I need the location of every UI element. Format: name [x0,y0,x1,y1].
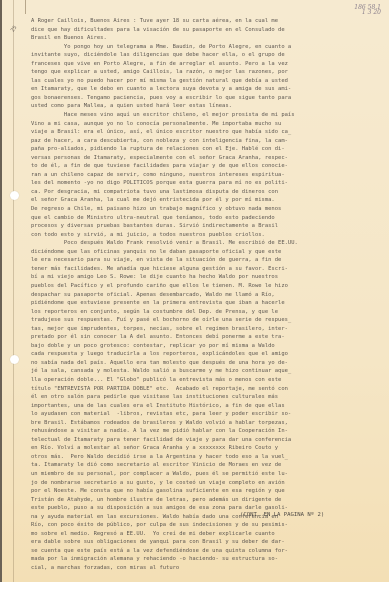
text-line: bajo doble y un poco grotesco: contestar… [31,342,383,351]
margin-rule [13,0,14,582]
text-line: las cuales yo no puedo hacer por mí mism… [31,77,383,86]
text-line: na y ayuda material en las excursiones. … [31,513,383,522]
text-line: cial, a marchas forzadas, con miras al f… [31,564,383,573]
text-line: paña pro-aliados, pidiendo la ruptura de… [31,145,383,154]
text-line: Río, con poco éxito de público, por culp… [31,521,383,530]
text-line: otros más. Pero Waldo decidió irse a la … [31,453,383,462]
text-line: bí a mi viejo amigo Leo S. Rowe: le dije… [31,273,383,282]
text-line: no sabía nada del país. Aquello era tan … [31,359,383,368]
text-line: telectual de Itamaraty para tener facili… [31,436,383,445]
text-line: franceses que vive en Porto Alegre, a fi… [31,60,383,69]
text-line: invitante suyo, diciéndole las diligenci… [31,51,383,60]
text-line: título "ENTREVISTA POR PARTIDA DOBLE" et… [31,385,383,394]
text-line: versas personas de Itamaraty, especialme… [31,154,383,163]
text-line: tengo que explicar a usted, amigo Caillo… [31,68,383,77]
punch-hole-bottom [10,355,19,364]
text-line: Brasil en Buenos Aires. [31,34,383,43]
text-line: dice que hay dificultades para la visaci… [31,26,383,35]
text-line: un miembro de su personal, por complacer… [31,470,383,479]
text-line: tener más facilidades. Me añadía que hic… [31,265,383,274]
text-line: ran a un chileno capaz de servir, como n… [31,171,383,180]
text-line: los reporteros en conjunto, según la cos… [31,308,383,317]
text-line: viaje a Brasil: era el único, así, el ún… [31,128,383,137]
text-line: importantes, una de las cuales era el In… [31,402,383,411]
text-line: ca. Por desgracia, mi compatriota tuvo u… [31,188,383,197]
text-line: este pueblo, puso a su disposición a sus… [31,504,383,513]
handwritten-folio-number: 186 58.1 1 3 20 [351,5,381,15]
text-line: ta. Itamaraty le dió como secretario al … [31,461,383,470]
letter-body: A Roger Caillois, Buenos Aires : Tuve ay… [31,17,383,573]
text-line: se cuenta que este país está a la vez de… [31,547,383,556]
text-line: él en otro salón para pedirle que visita… [31,393,383,402]
text-line: lla operación doble... El "Globo" public… [31,376,383,385]
text-line: con todo esto y sirvió, a mi juicio, a t… [31,231,383,240]
text-line: jé la sala, cansada y molesta. Waldo sal… [31,367,383,376]
text-line: por el Noeste. Me consta que no había ga… [31,487,383,496]
text-line: Tristán de Atahyde, un hombre ilustre de… [31,496,383,505]
text-line: De regreso a Chile, mi paisano hizo un t… [31,205,383,214]
text-line: gos bonaerenses. Tengamo paciencia, pues… [31,94,383,103]
text-line: jo de nombrarse secretario a su gusto, y… [31,479,383,488]
text-line: Vino a mi casa, aunque yo no lo conocía … [31,120,383,129]
text-line: Yo pongo hoy un telegrama a Mme. Baudin,… [31,43,383,52]
text-line: pueblos del Pacífico y el profundo cariñ… [31,282,383,291]
punch-hole-top [10,191,19,200]
text-line: rehusándose a visitar a nadie. A la vez … [31,427,383,436]
text-line: mada por la inmigración alemana y rehaci… [31,555,383,564]
text-line: lo ayudasen con material -libros, revist… [31,410,383,419]
text-line: pidiéndome que estuviese presente en la … [31,299,383,308]
text-line: les del momento -yo no digo POLITICOS po… [31,179,383,188]
text-line: en Itamaraty, que le debo en cuanto a le… [31,85,383,94]
text-line: el señor Graca Aranha, la cual me dejó e… [31,196,383,205]
text-line: to de él, a fin de que tuviese facilidad… [31,162,383,171]
text-line: en Río. Volví a molestar al señor Graca … [31,444,383,453]
text-line: tradujese sus respuestas. Fuí y pasé el … [31,316,383,325]
text-line: le era necesario para su viaje, en vista… [31,256,383,265]
text-line: era dable sobre sus obligaciones de yanq… [31,538,383,547]
text-line: usted como para Mallea, a quien usted ha… [31,102,383,111]
text-line: pretado por él sin conocer la A del asun… [31,333,383,342]
text-line: bre Brasil. Estábamos rodeados de brasil… [31,419,383,428]
paper-crease [25,0,26,14]
text-line: cada respuesta y luego traducirla a los … [31,350,383,359]
text-line: diciéndome que las oficinas yanquis no l… [31,248,383,257]
typewritten-letter-page: 186 58.1 1 3 20 25 A Roger Caillois, Bue… [0,0,389,582]
text-line: que el cambio de Ministro ultra-neutral … [31,214,383,223]
text-line: tas, mejor que imprudentes, torpes, neci… [31,325,383,334]
text-line: Hace meses vino aquí un escritor chileno… [31,111,383,120]
text-line: despachar su pasaporte oficial. Apenas d… [31,291,383,300]
handwritten-margin-mark: 25 [10,25,19,34]
continuation-note: (CONT. EN LA PAGINA Nº 2) [240,512,324,518]
text-line: Poco después Waldo Frank resolvió venir … [31,239,383,248]
text-line: A Roger Caillois, Buenos Aires : Tuve ay… [31,17,383,26]
text-line: procesos y diversas pruebas bastantes du… [31,222,383,231]
text-line: paz de hacer, a cara descubierta, con no… [31,137,383,146]
text-line: mo sobre el medio. Regresó a EE.UU. Yo c… [31,530,383,539]
